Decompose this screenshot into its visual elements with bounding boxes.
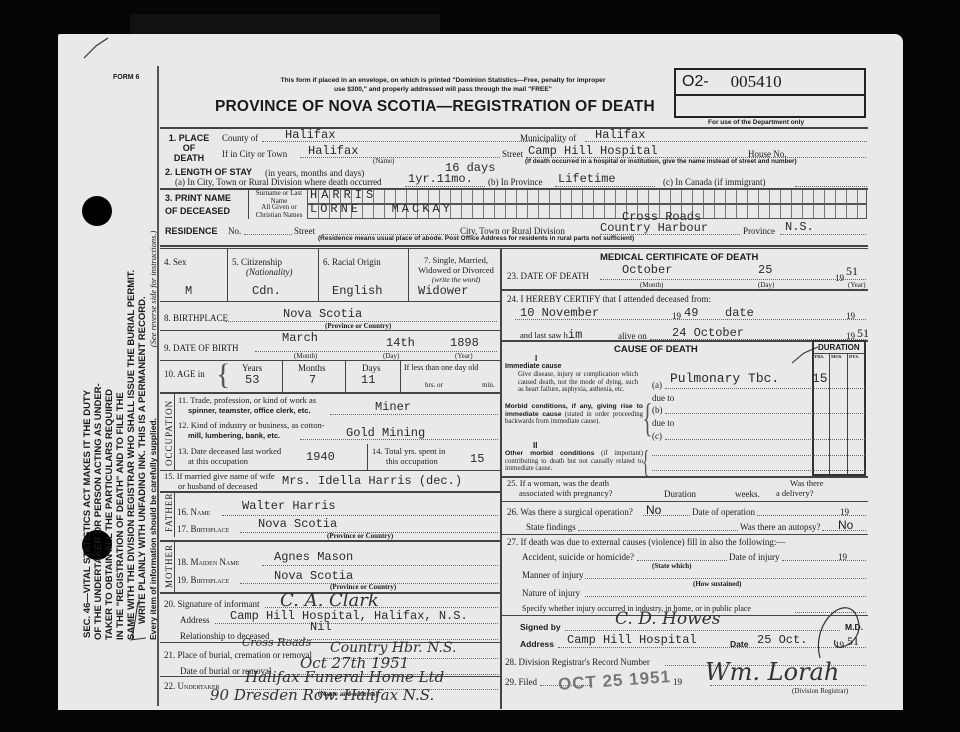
rule [160,248,868,249]
dotted-line [757,515,866,516]
external-causes-label: 27. If death was due to external causes … [507,537,785,547]
roman-two: II [533,441,537,450]
last-worked-value: 1940 [306,450,335,464]
last-seen-value: 24 October [672,326,744,340]
due-to-label-1: due to [652,393,674,403]
surname-value: HARRIS [310,188,377,202]
operation-label: 26. Was there a surgical operation? [507,507,633,517]
rule [174,493,175,537]
dotted-line [637,560,727,561]
rule [318,249,319,301]
injury-year-prefix: 19 [838,552,847,562]
dotted-line [600,279,866,280]
trade-value: Miner [375,400,411,414]
father-name-value: Walter Harris [242,499,336,513]
dob-year: 1898 [450,336,479,350]
father-side-label: FATHER [164,493,174,532]
print-name-label: 3. PRINT NAMEOF DECEASED [165,192,231,218]
pregnancy-weeks-label: weeks. [735,489,760,499]
rule [160,491,500,493]
rule [248,189,249,219]
dotted-line [330,414,498,415]
attended-to-value: date [725,306,754,320]
operation-date-label: Date of operation [692,507,755,517]
certify-label: 24. I HEREBY CERTIFY that I attended dec… [507,294,711,304]
death-year: 51 [846,264,858,279]
mother-birthplace-value: Nova Scotia [274,569,353,583]
morbid-brace: { [643,398,653,438]
due-to-label-2: due to [652,418,674,428]
citizenship-value: Cdn. [252,284,281,298]
column-divider [500,249,502,709]
pregnancy-duration-label: Duration [664,489,696,499]
racial-value: English [332,284,382,298]
rule [502,534,868,535]
spouse-label: 15. If married give name of wifeor husba… [164,472,275,491]
age-brace: { [216,360,230,390]
residence-division-line2: Country Harbour [600,221,708,235]
registration-prefix: O2- [682,73,709,91]
month-hint: (Month) [294,352,317,360]
length-of-stay-label: 2. LENGTH OF STAY [165,167,252,177]
attended-year-prefix: 19 [672,311,681,321]
residence-label: RESIDENCE [165,226,218,236]
how-sustained-hint: (How sustained) [693,580,741,588]
operation-value: No [646,503,661,517]
racial-label: 6. Racial Origin [323,257,381,267]
cause-c-label: (c) [652,431,662,441]
year-hint: (Year) [455,352,473,360]
cause-a-value: Pulmonary Tbc. [670,371,779,386]
autopsy-label: Was there an autopsy? [740,522,821,532]
rule [367,444,368,470]
duration-dys-col: DYS. [849,354,859,359]
left-margin-rule [157,66,159,706]
scan-shadow [130,14,440,34]
citizenship-hint: (Nationality) [246,267,293,277]
mother-maiden-value: Agnes Mason [274,550,353,564]
rule [174,542,175,592]
informant-address-value: Camp Hill Hospital, Halifax, N.S. [230,609,468,623]
dotted-line [652,470,865,471]
cause-of-death-title: CAUSE OF DEATH [614,344,698,355]
page-title: PROVINCE OF NOVA SCOTIA—REGISTRATION OF … [215,98,655,116]
hrs-label: hrs. or [425,381,443,389]
signoff-date-label: Date [730,639,748,649]
findings-label: State findings [526,522,576,532]
dotted-line [795,186,867,187]
rule [160,301,500,302]
rule [227,249,228,301]
given-names-value: LORNE MACKAY [310,202,453,216]
dotted-line [222,515,498,516]
dotted-line [215,623,498,624]
to-year-prefix: 19 [846,311,855,321]
rule [174,394,175,470]
dotted-line [578,530,738,531]
death-month: October [622,263,672,277]
nature-label: Nature of injury [522,588,580,598]
industry-label: 12. Kind of industry or business, as cot… [178,421,325,440]
rule [502,289,868,291]
residence-street-label: Street [294,226,315,236]
industry-value: Gold Mining [346,426,425,440]
citizenship-label: 5. Citizenship [232,257,282,267]
marital-value: Widower [418,284,468,298]
father-birthplace-hint: (Province or Country) [327,532,393,540]
place-of-death-label: 1. PLACEOFDEATH [165,133,213,163]
occupation-side-label: OCCUPATION [164,400,174,466]
morbid-label: Morbid conditions, if any, giving rise t… [505,403,643,426]
death-day-hint: (Day) [758,281,774,289]
trade-label: 11. Trade, profession, or kind of work a… [178,396,316,415]
dotted-line [665,388,865,389]
residence-province-label: Province [743,226,775,236]
given-label: All Given or Christian Names [252,204,306,219]
burial-place-label: 21. Place of burial, cremation or remova… [164,650,312,660]
dob-day: 14th [386,336,415,350]
stay-city-value: 1yr.11mo. [408,172,473,186]
cause-a-duration: 15 [812,371,828,386]
manner-label: Manner of injury [522,570,583,580]
signature-loop-icon [810,600,870,660]
signoff-date-value: 25 Oct. [757,633,807,647]
birthplace-label: 8. BIRTHPLACE [164,313,228,323]
residence-province-value: N.S. [785,220,814,234]
signed-by-label: Signed by [520,622,561,632]
rule [400,360,401,392]
undertaker-line1: Halifax Funeral Home Ltd [245,668,444,686]
stay-canada-label: (c) In Canada (if immigrant) [663,177,765,187]
rule [345,360,346,392]
days-value: 11 [361,373,375,387]
day-hint: (Day) [383,352,399,360]
side-notice-line: IN THE "REGISTRATION OF DEATH" AND TO FI… [115,40,126,640]
last-seen-year: 51 [857,326,869,341]
months-value: 7 [309,373,316,387]
side-notice-line: TAKER TO OBTAIN ALL THE PARTICULARS REQU… [104,40,115,640]
informant-address-label: Address [180,615,210,625]
county-label: County of [222,133,258,143]
side-notice-line: SEC. 46—VITAL STATISTICS ACT MAKES IT TH… [82,40,93,640]
registration-number: 005410 [731,72,782,92]
street-value: Camp Hill Hospital [528,144,658,158]
immediate-cause-label: Immediate cause [505,363,561,370]
mail-notice: This form if placed in an envelope, on w… [218,76,668,94]
registration-number-box: O2- 005410 [674,68,866,118]
dotted-line [262,565,498,566]
side-notice-line: WRITE PLAINLY WITH UNFADING INK. THIS IS… [137,40,148,640]
relationship-value: Nil [310,620,332,634]
dotted-line [782,560,866,561]
stay-city-label: (a) In City, Town or Rural Division wher… [175,177,382,187]
dotted-line [565,630,840,631]
mother-side-label: MOTHER [164,544,174,588]
birthplace-value: Nova Scotia [283,307,362,321]
mother-birthplace-label: 19. Birthplace [177,575,229,585]
side-notice-line: SAME WITH THE DIVISION REGISTRAR WHO SHA… [126,40,137,640]
marital-label: 7. Single, Married, Widowed or Divorced(… [412,256,500,285]
father-name-label: 16. Name [177,507,210,517]
delivery-label: Was therea delivery? [776,479,824,498]
rule [160,330,500,331]
years-spent-value: 15 [470,452,484,466]
death-year-prefix: 19 [835,273,844,283]
dotted-line [244,234,292,235]
state-which-hint: (State which) [652,562,691,570]
sex-label: 4. Sex [164,257,187,267]
record-number-label: 28. Division Registrar's Record Number [505,657,650,667]
registrar-signature: Wm. Lorah [705,658,839,686]
stay-province-label: (b) In Province [488,177,542,187]
mother-maiden-label: 18. Maiden Name [177,557,239,567]
operation-year-prefix: 19 [840,507,849,517]
undertaker-line2: 90 Dresden Row. Halifax N.S. [210,686,434,704]
institution-note: (If death occurred in a hospital or inst… [525,158,797,165]
years-label: Years [242,363,262,373]
filed-label: 29. Filed [505,677,537,687]
municipality-value: Halifax [595,128,645,142]
county-value: Halifax [285,128,335,142]
birthplace-hint: (Province or Country) [325,322,391,330]
rule [160,127,868,129]
years-spent-label: 14. Total yrs. spent inthis occupation [372,447,445,466]
medical-certificate-title: MEDICAL CERTIFICATE OF DEATH [600,252,758,263]
dotted-line [665,439,865,440]
municipality-label: Municipality of [520,133,576,143]
dotted-line [652,455,865,456]
street-label: Street [502,149,523,159]
death-month-hint: (Month) [640,281,663,289]
rule [160,540,500,542]
physician-address-label: Address [520,639,554,649]
immediate-cause-help: Give disease, injury or complication whi… [518,371,638,394]
father-birthplace-label: 17. Birthplace [177,524,229,534]
burial-place-line1: Cross Roads [242,636,311,649]
side-notice: SEC. 46—VITAL STATISTICS ACT MAKES IT TH… [82,40,159,640]
min-label: min. [482,381,495,389]
months-label: Months [298,363,326,373]
stay-province-value: Lifetime [558,172,616,186]
death-day: 25 [758,263,772,277]
registrar-hint: (Division Registrar) [792,687,848,695]
duration-title: DURATION [818,343,860,352]
duration-mos-col: MOS. [831,354,842,359]
city-label: If in City or Town [222,149,287,159]
filed-year-prefix: 19 [673,677,682,687]
father-birthplace-value: Nova Scotia [258,517,337,531]
rule [160,245,868,247]
dotted-line [780,234,866,235]
attended-year-value: 49 [684,306,698,320]
spouse-value: Mrs. Idella Harris (dec.) [282,474,462,488]
last-worked-label: 13. Date deceased last workedat this occ… [178,447,281,466]
physician-address-value: Camp Hill Hospital [567,633,697,647]
dotted-line [405,186,485,187]
cause-a-label: (a) [652,380,662,390]
sex-value: M [185,284,192,298]
check-mark-icon [80,36,110,62]
informant-signature: C. A. Clark [280,590,379,611]
years-value: 53 [245,373,259,387]
physician-signature: C. D. Howes [615,609,720,629]
department-note: For use of the Department only [708,119,804,126]
form-number: FORM 6 [113,74,139,81]
injury-date-label: Date of injury [729,552,779,562]
less-than-day-label: If less than one day old [404,363,478,372]
other-brace: { [642,445,650,477]
rule [160,360,500,361]
city-value: Halifax [308,144,358,158]
roman-one: I [535,354,537,363]
rule [282,360,283,392]
age-label: 10. AGE in [164,369,205,379]
accident-label: Accident, suicide or homicide? [522,552,634,562]
dob-month: March [282,331,318,345]
death-year-hint: (Year) [848,281,866,289]
side-notice-line: OF THE UNDERTAKER OR PERSON ACTING AS UN… [93,40,104,640]
check-mark-icon [128,600,148,644]
residence-note: (Residence means usual place of abode. P… [318,235,634,242]
rule [160,392,500,394]
rule [408,249,409,301]
cause-b-label: (b) [652,405,663,415]
days-label: Days [362,363,381,373]
check-mark-icon [790,345,820,367]
death-date-label: 23. DATE OF DEATH [507,271,589,281]
dotted-line [555,186,655,187]
dob-label: 9. DATE OF BIRTH [164,343,238,353]
rule [502,501,868,502]
dotted-line [585,578,866,579]
attended-from-value: 10 November [520,306,599,320]
name-hint: (Name) [373,157,394,165]
other-morbid-label: Other morbid conditions (if important) c… [505,450,643,473]
dotted-line [665,413,865,414]
informant-signature-label: 20. Signature of informant [164,599,259,609]
pregnancy-label: 25. If a woman, was the deathassociated … [507,479,612,498]
dotted-line [585,596,866,597]
residence-no-label: No. [228,226,241,236]
autopsy-value: No [838,518,853,532]
